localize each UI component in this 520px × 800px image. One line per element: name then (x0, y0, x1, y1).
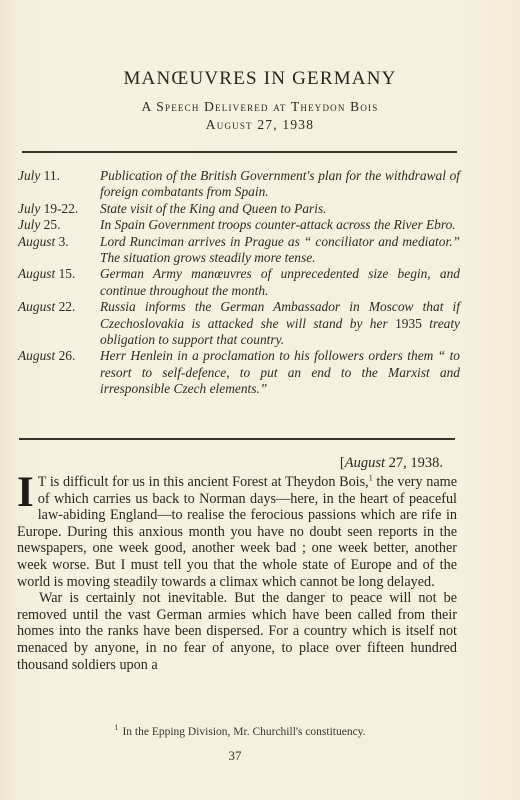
chapter-date: August 27, 1938 (0, 117, 520, 133)
speech-body: IT is difficult for us in this ancient F… (17, 474, 457, 673)
chronology-entry: July 19-22. State visit of the King and … (18, 201, 460, 217)
drop-cap: I (17, 476, 34, 510)
chapter-title: MANŒUVRES IN GERMANY (0, 68, 520, 90)
chronology-list: July 11. Publication of the British Gove… (18, 168, 460, 398)
chronology-entry: August 15. German Army manœuvres of unpr… (18, 266, 460, 299)
page-number: 37 (0, 748, 520, 764)
entry-date: July 19-22. (18, 201, 100, 217)
entry-text: Publication of the British Government's … (100, 168, 460, 201)
chronology-entry: July 11. Publication of the British Gove… (18, 168, 460, 201)
entry-text: Lord Runciman arrives in Prague as “ con… (100, 234, 460, 267)
entry-text: German Army manœuvres of unprecedented s… (100, 266, 460, 299)
book-page: MANŒUVRES IN GERMANY A Speech Delivered … (0, 0, 520, 800)
entry-date: August 26. (18, 348, 100, 397)
entry-text: Herr Henlein in a proclamation to his fo… (100, 348, 460, 397)
paragraph: War is certainly not inevitable. But the… (17, 590, 457, 673)
chronology-entry: August 22. Russia informs the German Amb… (18, 299, 460, 348)
footnote: 1In the Epping Division, Mr. Churchill's… (0, 726, 520, 738)
speech-date: [August 27, 1938. (0, 455, 443, 472)
chapter-subtitle: A Speech Delivered at Theydon Bois (0, 99, 520, 115)
entry-text: State visit of the King and Queen to Par… (100, 201, 460, 217)
divider-rule-bottom (19, 438, 455, 440)
entry-date: July 25. (18, 217, 100, 233)
chronology-entry: July 25. In Spain Government troops coun… (18, 217, 460, 233)
entry-date: August 15. (18, 266, 100, 299)
divider-rule-top (22, 151, 457, 153)
entry-text: Russia informs the German Ambassador in … (100, 299, 460, 348)
entry-date: August 22. (18, 299, 100, 348)
entry-text: In Spain Government troops counter-attac… (100, 217, 460, 233)
chronology-entry: August 26. Herr Henlein in a proclamatio… (18, 348, 460, 397)
entry-date: August 3. (18, 234, 100, 267)
entry-date: July 11. (18, 168, 100, 201)
paragraph: IT is difficult for us in this ancient F… (17, 474, 457, 590)
chronology-entry: August 3. Lord Runciman arrives in Pragu… (18, 234, 460, 267)
